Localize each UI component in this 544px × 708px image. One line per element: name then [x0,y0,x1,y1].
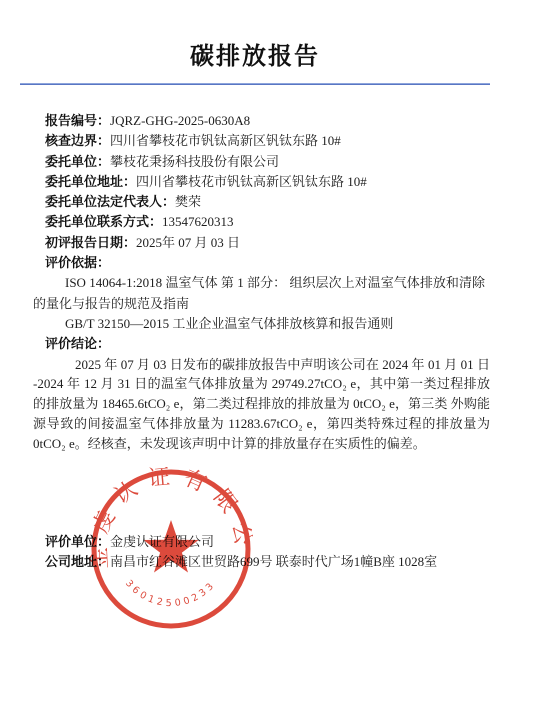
field-label: 委托单位法定代表人： [45,194,175,209]
field-row-client: 委托单位：攀枝花秉扬科技股份有限公司 [45,152,490,172]
field-row-report-date: 初评报告日期：2025年 07 月 03 日 [45,233,490,253]
basis-heading: 评价依据： [45,253,490,273]
field-value: JQRZ-GHG-2025-0630A8 [110,113,250,128]
agency-label: 评价单位： [45,534,110,549]
field-row-client-address: 委托单位地址：四川省攀枝花市钒钛高新区钒钛东路 10# [45,172,490,192]
field-row-legal-representative: 委托单位法定代表人：樊荣 [45,192,490,212]
basis-item-iso: ISO 14064-1:2018 温室气体 第 1 部分： 组织层次上对温室气体… [33,273,485,314]
field-value: 13547620313 [162,214,234,229]
field-label: 委托单位联系方式： [45,214,162,229]
field-value: 樊荣 [175,194,201,209]
report-footer: 评价单位：金虔认证有限公司 公司地址：南昌市红谷滩区世贸路699号 联泰时代广场… [45,532,490,573]
conclusion-heading: 评价结论： [45,334,490,354]
field-label: 报告编号： [45,113,110,128]
field-row-verification-boundary: 核查边界：四川省攀枝花市钒钛高新区钒钛东路 10# [45,131,490,151]
field-label: 初评报告日期： [45,235,136,250]
agency-name: 金虔认证有限公司 [110,534,214,549]
basis-item-gbt: GB/T 32150—2015 工业企业温室气体排放核算和报告通则 [33,314,485,334]
title-divider [20,83,490,85]
conclusion-text: 2025 年 07 月 03 日发布的碳排放报告中声明该公司在 2024 年 0… [33,355,490,454]
report-fields: 报告编号：JQRZ-GHG-2025-0630A8 核查边界：四川省攀枝花市钒钛… [45,111,490,253]
report-content: 碳排放报告 报告编号：JQRZ-GHG-2025-0630A8 核查边界：四川省… [20,0,490,572]
field-value: 攀枝花秉扬科技股份有限公司 [110,154,279,169]
field-value: 四川省攀枝花市钒钛高新区钒钛东路 10# [110,133,341,148]
field-label: 核查边界： [45,133,110,148]
agency-row: 评价单位：金虔认证有限公司 [45,532,490,552]
report-page: 碳排放报告 报告编号：JQRZ-GHG-2025-0630A8 核查边界：四川省… [0,0,544,708]
address-label: 公司地址： [45,554,110,569]
field-value: 四川省攀枝花市钒钛高新区钒钛东路 10# [136,174,367,189]
field-label: 委托单位地址： [45,174,136,189]
field-row-report-number: 报告编号：JQRZ-GHG-2025-0630A8 [45,111,490,131]
field-value: 2025年 07 月 03 日 [136,235,240,250]
field-row-contact: 委托单位联系方式：13547620313 [45,212,490,232]
field-label: 委托单位： [45,154,110,169]
address-row: 公司地址：南昌市红谷滩区世贸路699号 联泰时代广场1幢B座 1028室 [45,552,490,572]
address-value: 南昌市红谷滩区世贸路699号 联泰时代广场1幢B座 1028室 [110,554,437,569]
page-title: 碳排放报告 [20,0,490,72]
